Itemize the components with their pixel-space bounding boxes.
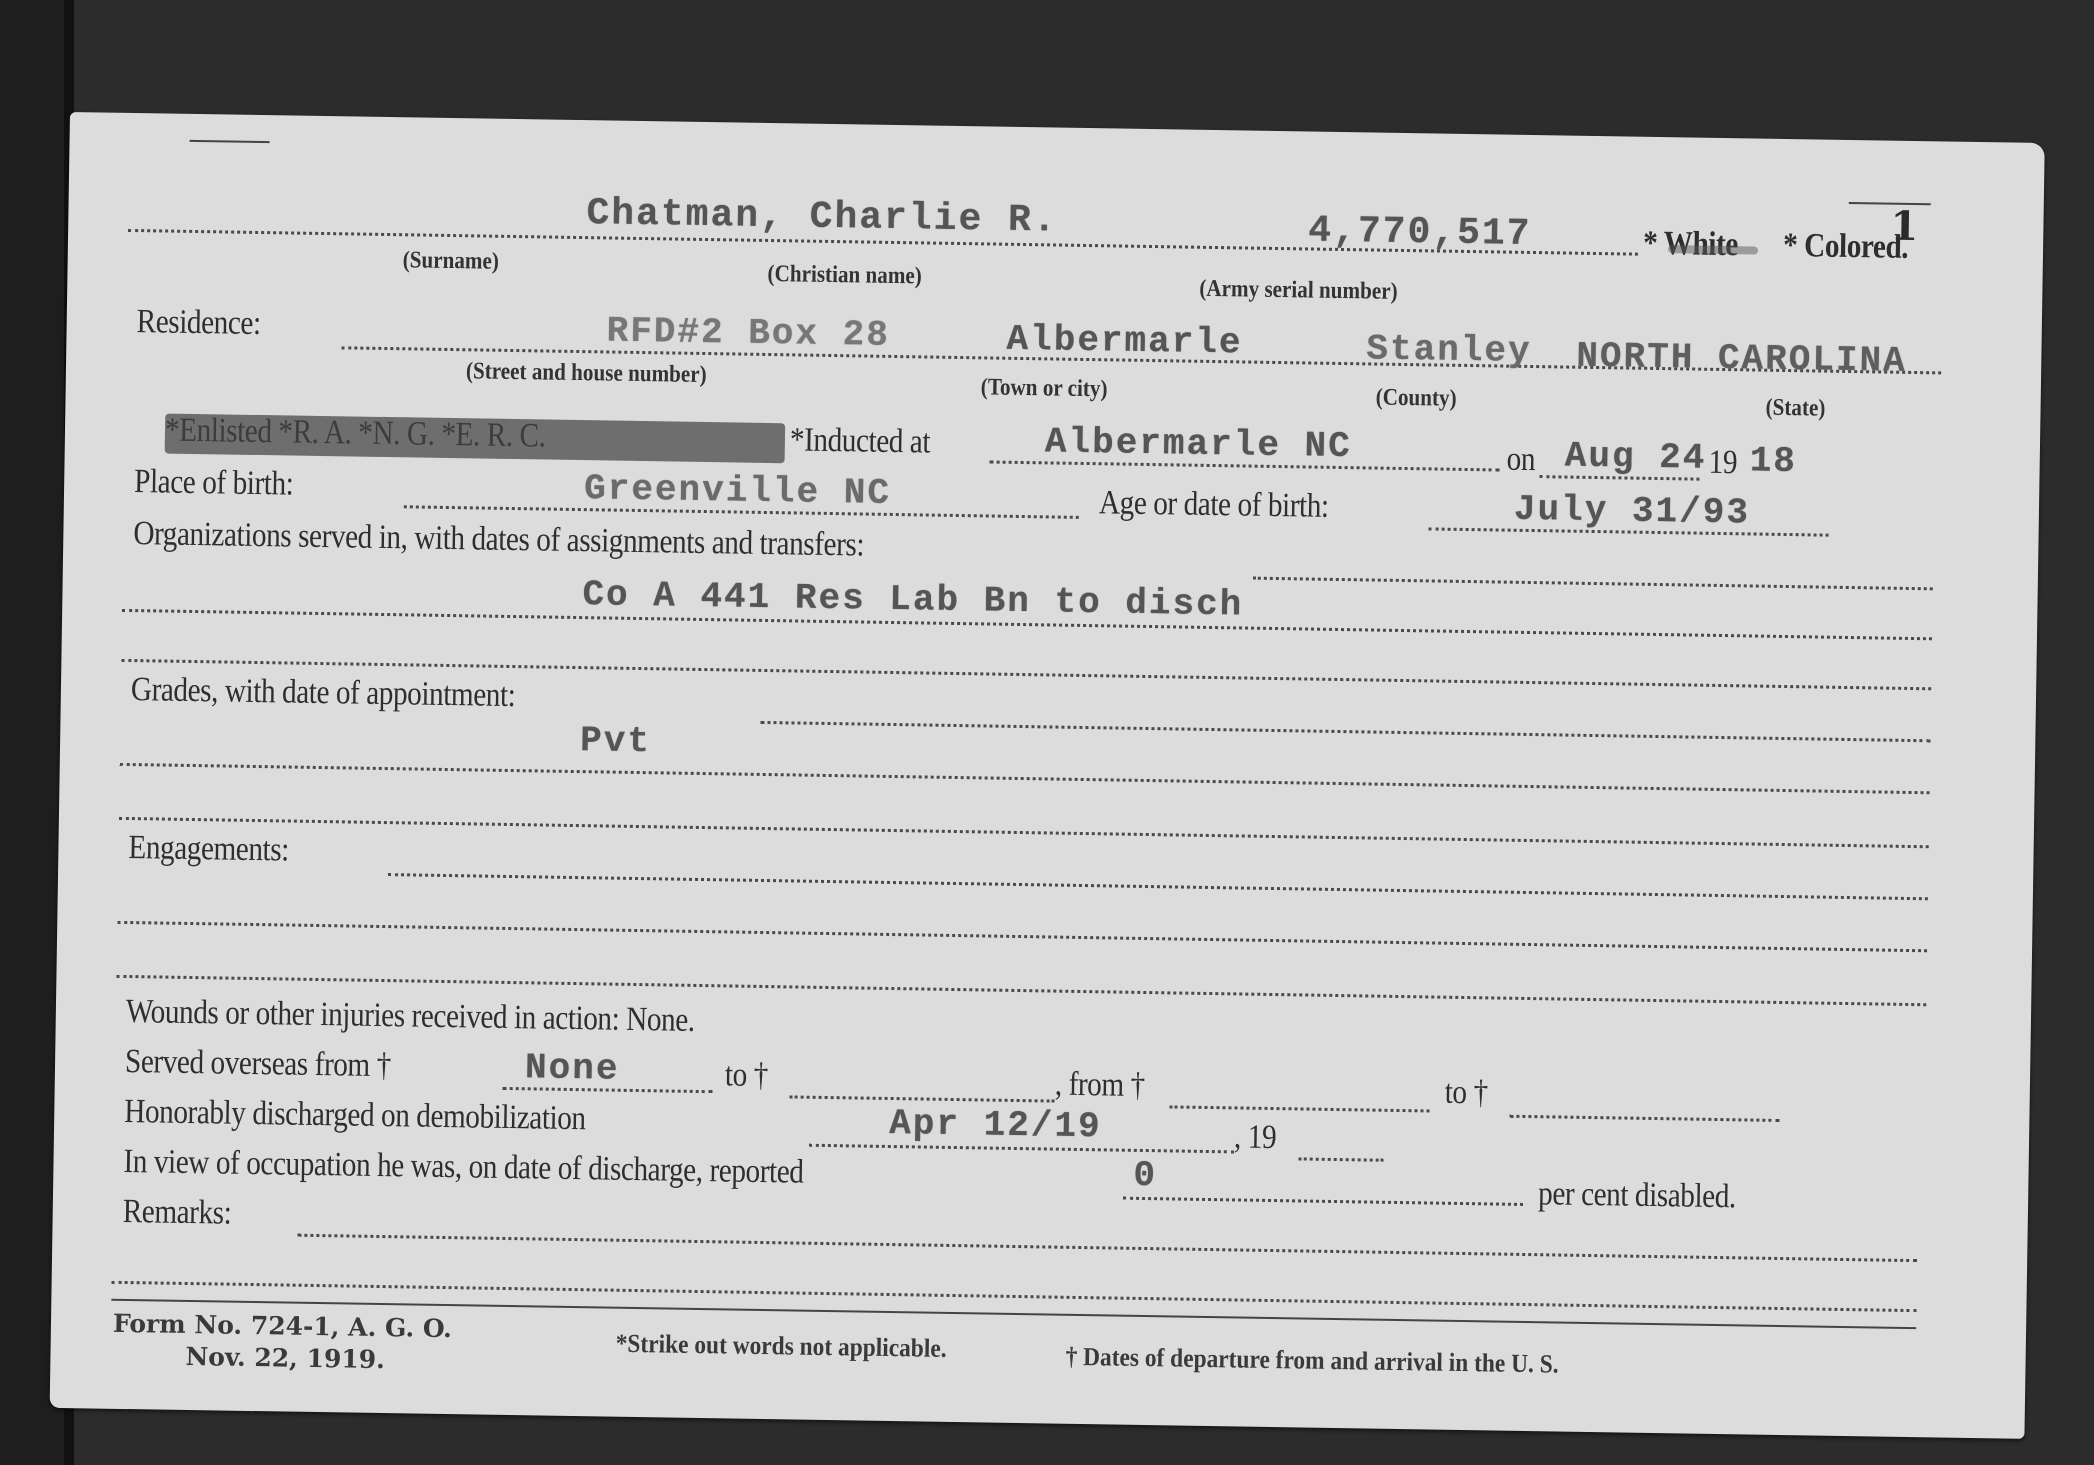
wounds-label: Wounds or other injuries received in act…: [126, 993, 695, 1040]
form-date: Nov. 22, 1919.: [185, 1342, 385, 1374]
organizations-label: Organizations served in, with dates of a…: [133, 515, 864, 564]
name-value: Chatman, Charlie R.: [586, 192, 1058, 242]
top-left-rule: [190, 140, 270, 143]
overseas-to2-label: to †: [1444, 1074, 1488, 1113]
discharge-year-line: [1299, 1157, 1384, 1161]
overseas-to2-line: [1509, 1115, 1779, 1122]
grades-value: Pvt: [580, 720, 651, 762]
town-value: Albermarle: [1006, 319, 1243, 364]
disability-label: In view of occupation he was, on date of…: [123, 1143, 804, 1192]
disability-suffix: per cent disabled.: [1538, 1175, 1736, 1216]
overseas-from2-line: [1169, 1105, 1429, 1112]
age-value: July 31/93: [1514, 489, 1751, 534]
white-strikethrough: [1668, 245, 1758, 254]
disability-line: [1123, 1197, 1523, 1206]
induction-date-value: Aug 24: [1564, 436, 1706, 479]
discharge-label: Honorably discharged on demobilization: [124, 1093, 586, 1138]
grades-line-2: [120, 763, 1930, 794]
street-caption: (Street and house number): [466, 358, 707, 389]
service-record-card: 1 Chatman, Charlie R. 4,770,517 (Surname…: [50, 112, 2045, 1439]
remarks-line-1: [297, 1234, 1917, 1262]
engagements-line-1: [388, 873, 1928, 900]
christian-name-caption: (Christian name): [767, 261, 922, 290]
county-caption: (County): [1375, 385, 1456, 413]
induction-year-value: 18: [1749, 440, 1797, 482]
discharge-year-label: , 19: [1234, 1118, 1277, 1157]
town-caption: (Town or city): [981, 374, 1108, 403]
age-label: Age or date of birth:: [1099, 484, 1329, 526]
army-serial-caption: (Army serial number): [1199, 276, 1398, 306]
overseas-to-line: [790, 1095, 1055, 1102]
inducted-label: *Inducted at: [790, 421, 931, 461]
engagements-line-2: [117, 921, 1927, 952]
grades-line-3: [119, 817, 1929, 848]
remarks-label: Remarks:: [122, 1193, 231, 1233]
residence-label: Residence:: [136, 303, 261, 343]
white-option: * White: [1643, 225, 1738, 264]
surname-caption: (Surname): [402, 247, 499, 276]
enlisted-struck-options: *Enlisted *R. A. *N. G. *E. R. C.: [165, 412, 546, 456]
engagements-label: Engagements:: [128, 829, 289, 870]
serial-number-value: 4,770,517: [1308, 209, 1532, 256]
overseas-from-value: None: [525, 1047, 620, 1089]
remarks-line-2: [112, 1281, 1917, 1312]
discharge-value: Apr 12/19: [889, 1103, 1102, 1147]
colored-option: * Colored.: [1783, 227, 1909, 267]
grades-line-1: [760, 721, 1930, 742]
state-caption: (State): [1765, 395, 1825, 423]
organizations-line-1: [1253, 577, 1933, 591]
grades-label: Grades, with date of appointment:: [131, 671, 516, 715]
strike-out-note: *Strike out words not applicable.: [615, 1329, 946, 1364]
on-label: on: [1506, 441, 1535, 479]
served-overseas-label: Served overseas from †: [125, 1043, 391, 1085]
street-value: RFD#2 Box 28: [606, 310, 890, 355]
inducted-value: Albermarle NC: [1045, 421, 1352, 467]
dates-note: † Dates of departure from and arrival in…: [1065, 1342, 1559, 1380]
county-value: Stanley: [1366, 328, 1532, 372]
form-number: Form No. 724-1, A. G. O.: [113, 1309, 452, 1343]
induction-year-prefix: 19: [1708, 444, 1737, 482]
disability-value: 0: [1133, 1155, 1157, 1196]
place-of-birth-value: Greenville NC: [584, 468, 891, 514]
place-of-birth-label: Place of birth:: [134, 463, 294, 503]
state-value: NORTH CAROLINA: [1576, 336, 1907, 382]
overseas-from2-label: , from †: [1055, 1066, 1146, 1105]
white-label: * White: [1643, 225, 1738, 263]
overseas-to-label: to †: [725, 1056, 769, 1095]
